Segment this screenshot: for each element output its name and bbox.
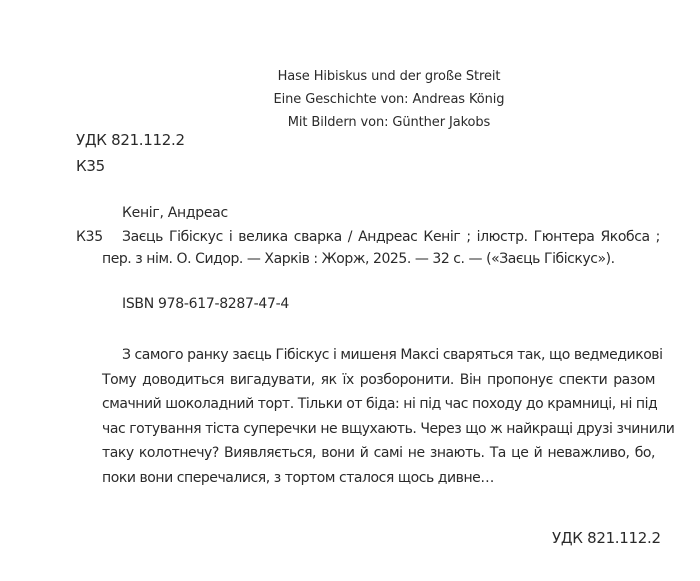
annotation-line: таку колотнечу? Виявляється, вони й самі… — [102, 441, 655, 466]
author-heading: Кеніг, Андреас — [122, 203, 228, 223]
annotation-line: Тому доводиться вигадувати, як їх розбор… — [102, 368, 655, 393]
record-description-line-2: пер. з нім. О. Сидор. — Харків : Жорж, 2… — [102, 249, 615, 269]
isbn: ISBN 978-617-8287-47-4 — [122, 294, 289, 314]
original-author-line: Eine Geschichte von: Andreas König — [0, 89, 700, 111]
annotation-paragraph: З самого ранку заєць Гібіскус і мишеня М… — [102, 343, 655, 490]
author-mark: К35 — [76, 156, 105, 176]
udk-index: УДК 821.112.2 — [76, 130, 185, 150]
original-title: Hase Hibiskus und der große Streit — [0, 66, 700, 88]
annotation-line: З самого ранку заєць Гібіскус і мишеня М… — [102, 343, 655, 368]
record-author-mark: К35 — [76, 227, 103, 247]
annotation-line: поки вони сперечалися, з тортом сталося … — [102, 466, 655, 491]
record-description-line-1: Заєць Гібіскус і велика сварка / Андреас… — [122, 227, 660, 247]
annotation-line: час готування тіста суперечки не вщухают… — [102, 417, 655, 442]
annotation-line: смачний шоколадний торт. Тільки от біда:… — [102, 392, 655, 417]
footer-udk-index: УДК 821.112.2 — [552, 528, 661, 548]
